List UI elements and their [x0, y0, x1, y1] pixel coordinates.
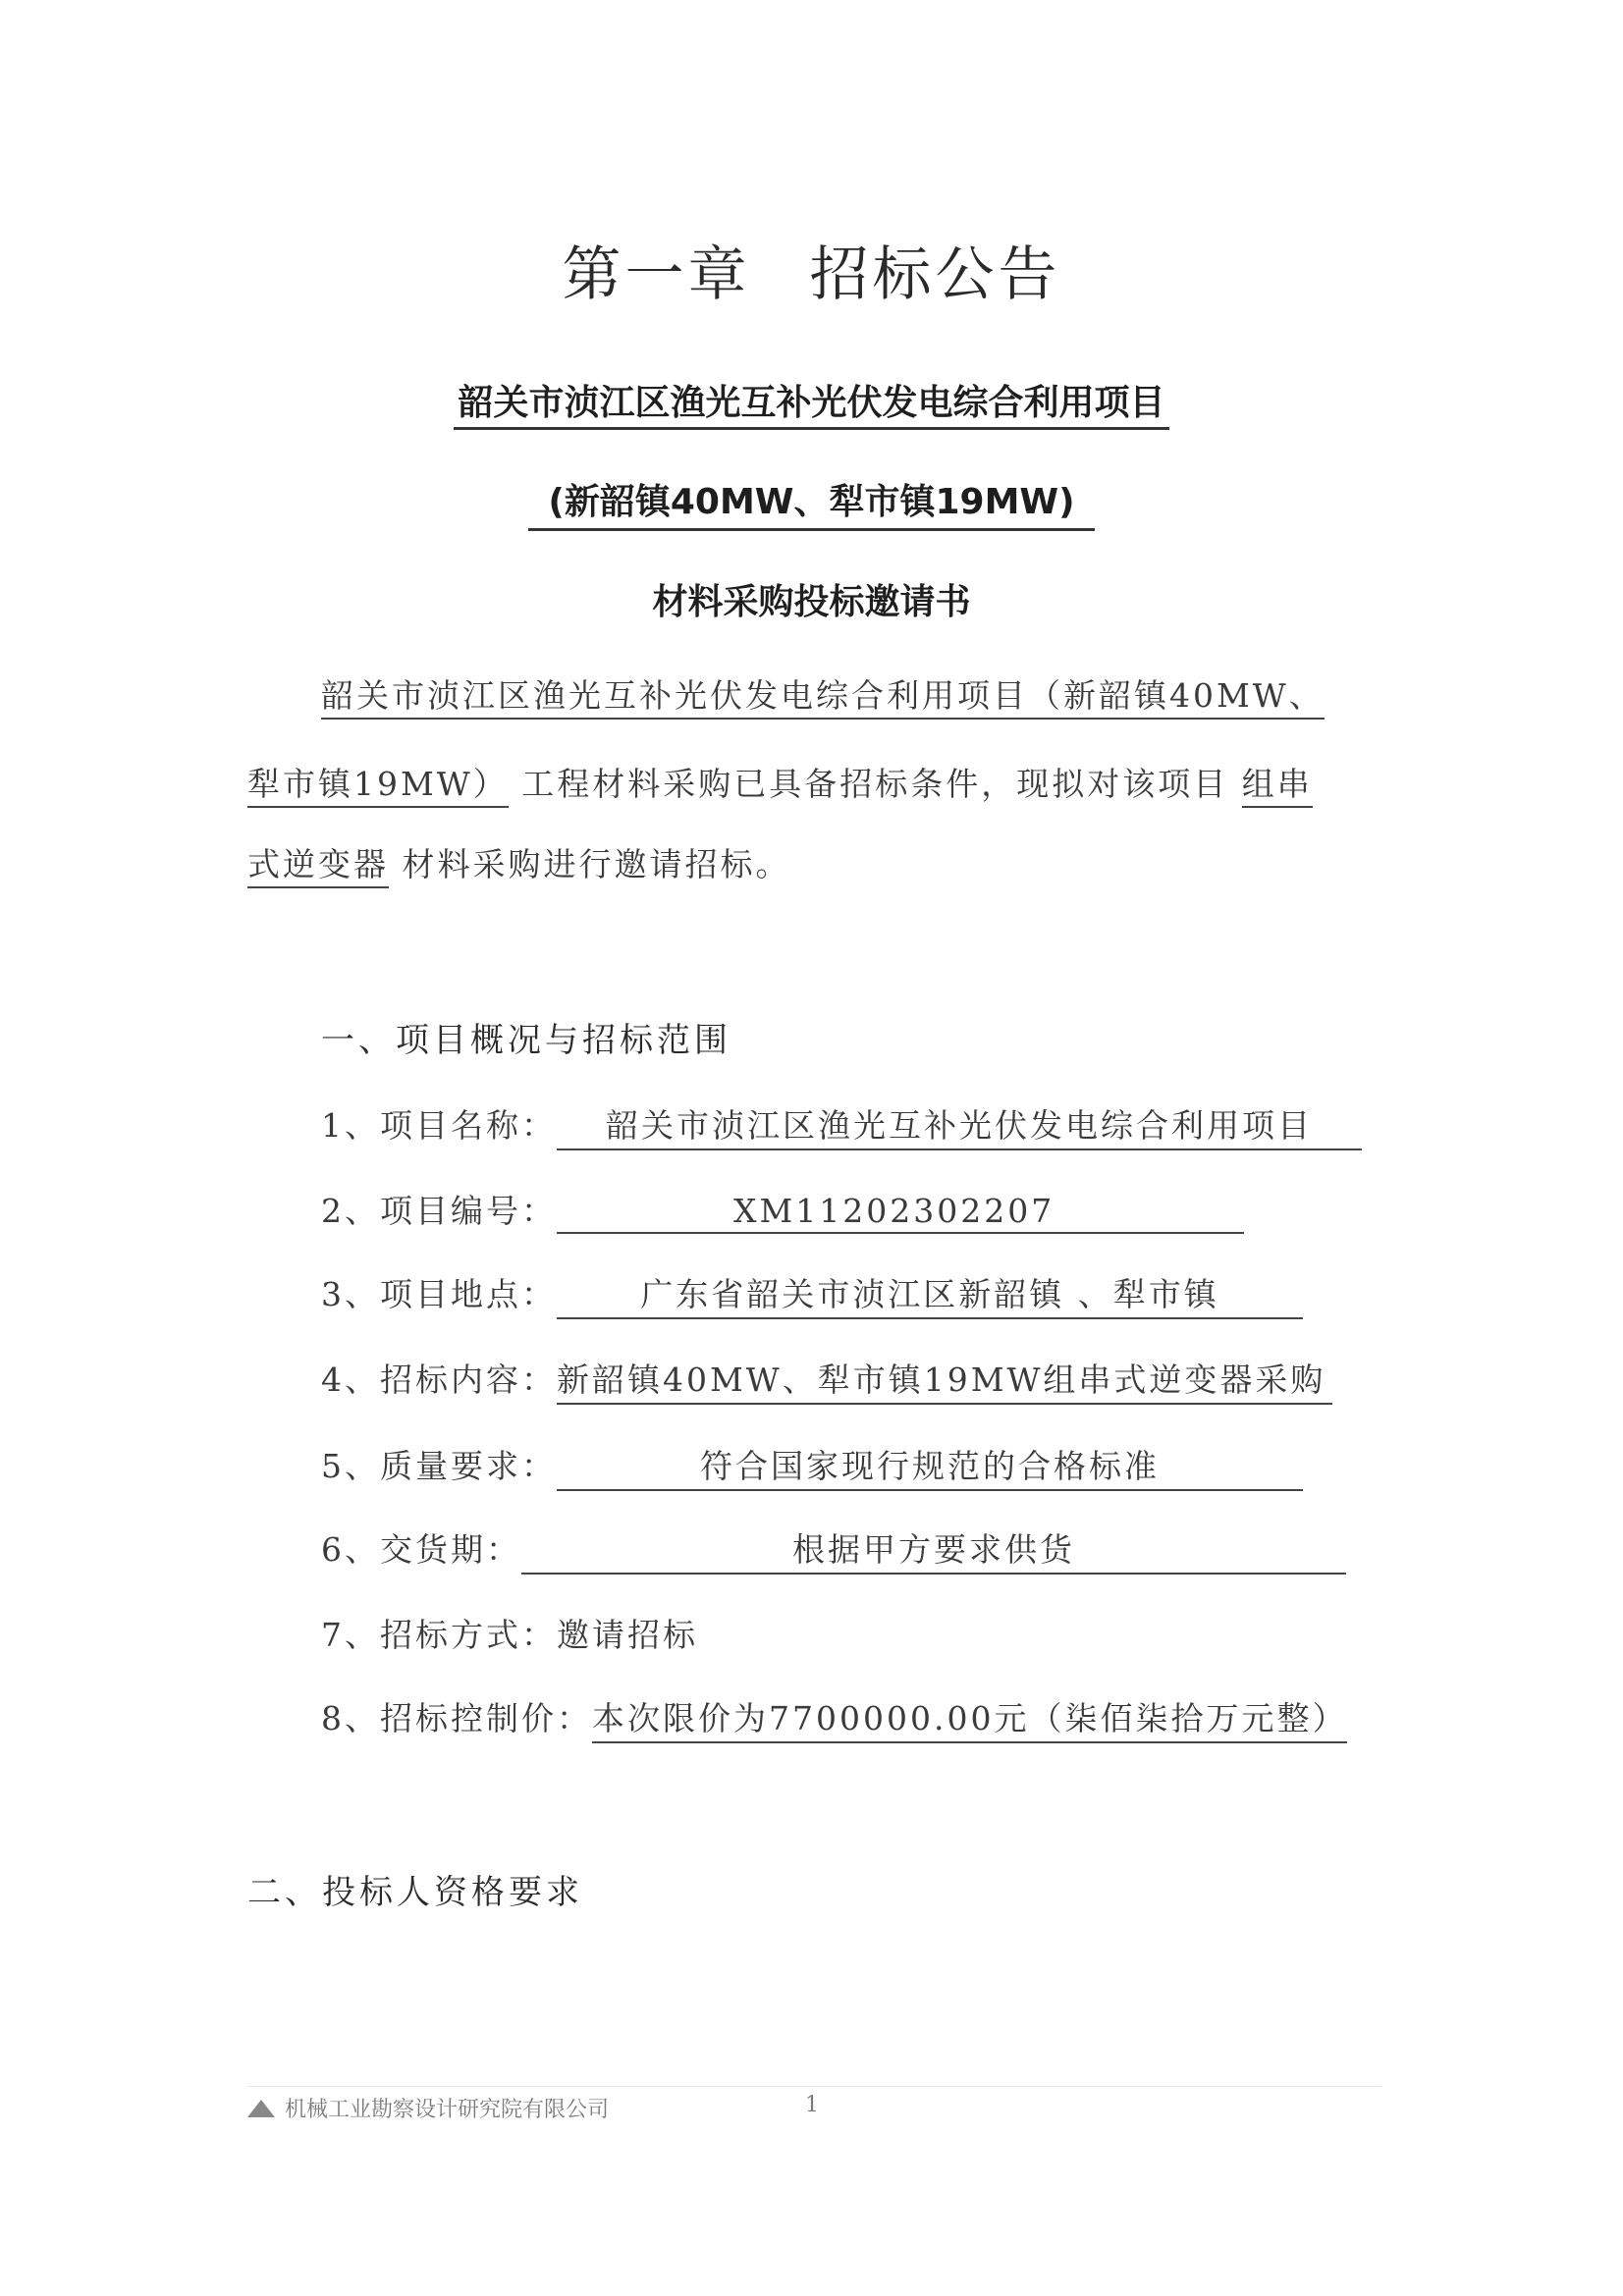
company-logo-icon	[247, 2100, 275, 2117]
item-bid-content: 4、招标内容：新韶镇40MW、犁市镇19MW组串式逆变器采购	[321, 1355, 1332, 1405]
section-heading-overview: 一、项目概况与招标范围	[321, 1013, 731, 1061]
item-delivery-period: 6、交货期：根据甲方要求供货	[321, 1524, 1346, 1575]
page-number: 1	[805, 2093, 819, 2117]
section-heading-qualification: 二、投标人资格要求	[247, 1865, 583, 1913]
item-quality-requirement: 5、质量要求：符合国家现行规范的合格标准	[321, 1441, 1303, 1491]
item-control-price: 8、招标控制价：本次限价为7700000.00元（柒佰柒拾万元整）	[321, 1693, 1347, 1743]
intro-line-3: 式逆变器 材料采购进行邀请招标。	[247, 839, 791, 885]
chapter-name: 招标公告	[810, 240, 1061, 309]
item-project-number: 2、项目编号：XM11202302207	[321, 1186, 1244, 1234]
chapter-title: 第一章招标公告	[0, 228, 1623, 312]
project-subtitle: (新韶镇40MW、犁市镇19MW)	[0, 474, 1623, 524]
item-project-location: 3、项目地点：广东省韶关市浈江区新韶镇 、犁市镇	[321, 1269, 1303, 1319]
footer-company: 机械工业勘察设计研究院有限公司	[247, 2093, 609, 2123]
chapter-number: 第一章	[563, 240, 751, 309]
intro-line-2: 犁市镇19MW） 工程材料采购已具备招标条件，现拟对该项目 组串	[247, 759, 1313, 805]
document-title: 材料采购投标邀请书	[0, 574, 1623, 624]
item-project-name: 1、项目名称：韶关市浈江区渔光互补光伏发电综合利用项目	[321, 1100, 1362, 1150]
footer-divider	[247, 2086, 1381, 2087]
intro-line-1: 韶关市浈江区渔光互补光伏发电综合利用项目（新韶镇40MW、	[321, 670, 1325, 717]
item-bid-method: 7、招标方式：邀请招标	[321, 1610, 698, 1656]
project-title: 韶关市浈江区渔光互补光伏发电综合利用项目	[0, 375, 1623, 425]
